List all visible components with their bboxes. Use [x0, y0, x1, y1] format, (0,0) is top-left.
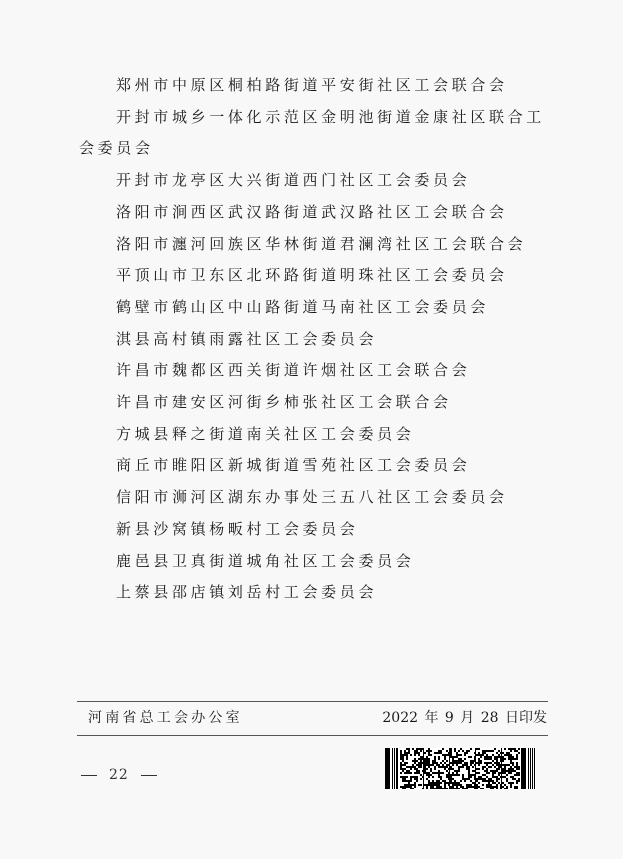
list-item: 许昌市建安区河街乡柿张社区工会联合会: [79, 387, 554, 419]
list-item: 郑州市中原区桐柏路街道平安街社区工会联合会: [79, 70, 554, 102]
list-item: 平顶山市卫东区北环路街道明珠社区工会委员会: [79, 260, 554, 292]
list-item: 商丘市睢阳区新城街道雪苑社区工会委员会: [79, 450, 554, 482]
organization-list: 郑州市中原区桐柏路街道平安街社区工会联合会 开封市城乡一体化示范区金明池街道金康…: [79, 70, 554, 609]
list-item: 淇县高村镇雨露社区工会委员会: [79, 324, 554, 356]
list-item: 许昌市魏都区西关街道许烟社区工会联合会: [79, 355, 554, 387]
list-item: 鹤壁市鹤山区中山路街道马南社区工会委员会: [79, 292, 554, 324]
2d-barcode-icon: [385, 748, 536, 789]
dash-icon: [141, 775, 157, 776]
list-item: 信阳市浉河区湖东办事处三五八社区工会委员会: [79, 482, 554, 514]
list-item: 洛阳市瀍河回族区华林街道君澜湾社区工会联合会: [79, 229, 554, 261]
list-item: 方城县释之街道南关社区工会委员会: [79, 419, 554, 451]
list-item: 上蔡县邵店镇刘岳村工会委员会: [79, 577, 554, 609]
list-item: 鹿邑县卫真街道城角社区工会委员会: [79, 546, 554, 578]
imprint-top-rule: [77, 701, 548, 702]
list-item: 开封市龙亭区大兴街道西门社区工会委员会: [79, 165, 554, 197]
page-number: 22: [81, 766, 157, 784]
imprint-bottom-rule: [77, 735, 548, 736]
list-item: 新县沙窝镇杨畈村工会委员会: [79, 514, 554, 546]
list-item: 洛阳市涧西区武汉路街道武汉路社区工会联合会: [79, 197, 554, 229]
list-item: 开封市城乡一体化示范区金明池街道金康社区联合工会委员会: [79, 102, 554, 165]
document-page: 郑州市中原区桐柏路街道平安街社区工会联合会 开封市城乡一体化示范区金明池街道金康…: [0, 0, 623, 859]
issue-date: 2022 年 9 月 28 日印发: [382, 709, 547, 727]
issuing-office: 河南省总工会办公室: [88, 709, 243, 727]
dash-icon: [81, 775, 97, 776]
page-number-value: 22: [109, 767, 129, 783]
